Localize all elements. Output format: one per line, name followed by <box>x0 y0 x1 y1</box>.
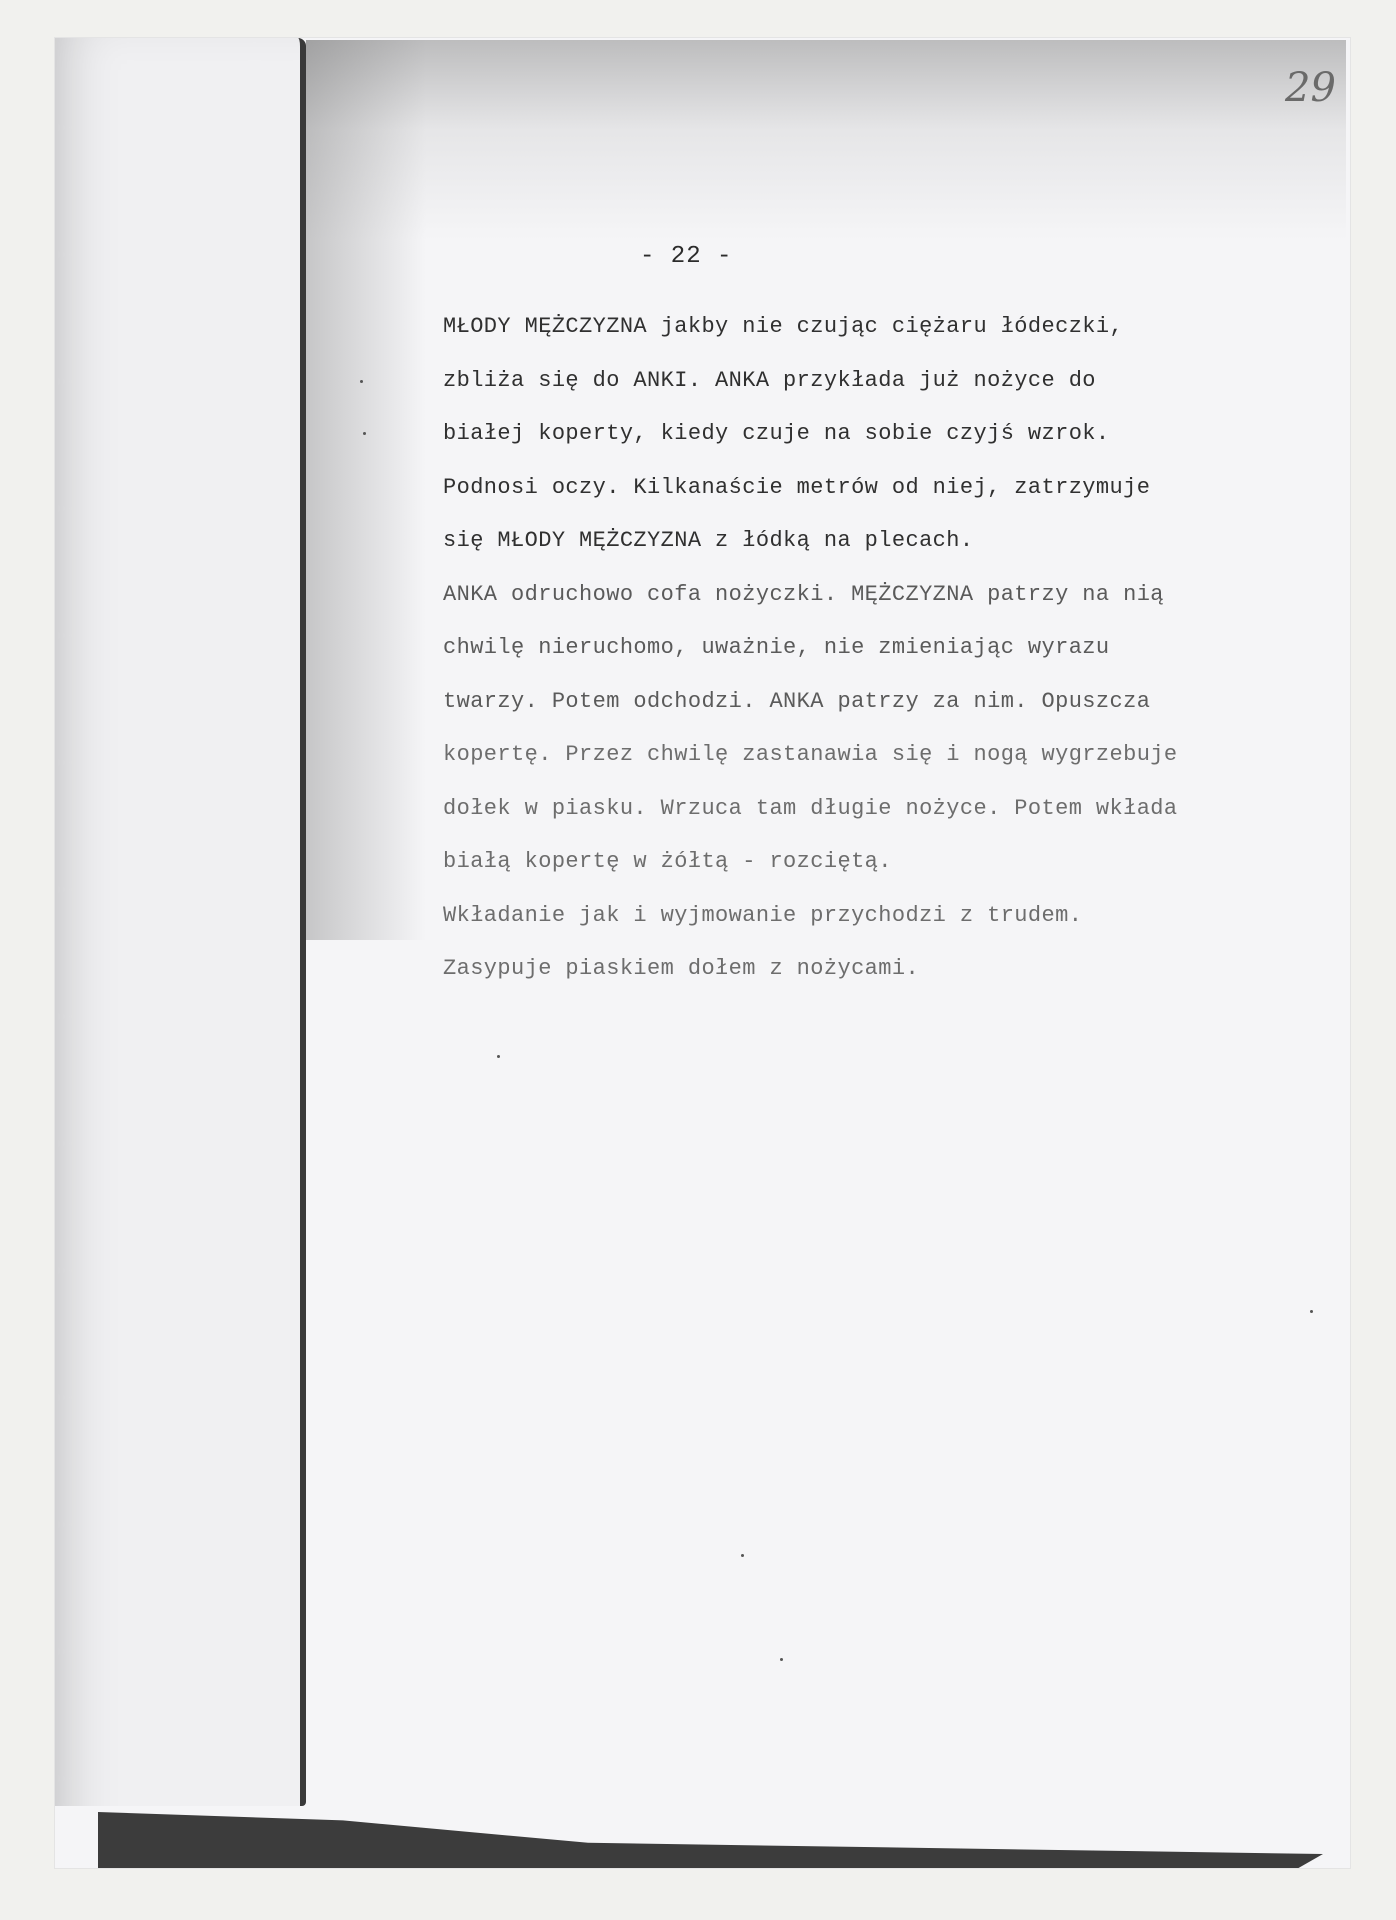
text-line: MŁODY MĘŻCZYZNA jakby nie czując ciężaru… <box>443 300 1323 354</box>
text-line: ANKA odruchowo cofa nożyczki. MĘŻCZYZNA … <box>443 568 1323 622</box>
text-line: dołek w piasku. Wrzuca tam długie nożyce… <box>443 782 1323 836</box>
text-line: się MŁODY MĘŻCZYZNA z łódką na plecach. <box>443 514 1323 568</box>
text-line: kopertę. Przez chwilę zastanawia się i n… <box>443 728 1323 782</box>
text-line: białej koperty, kiedy czuje na sobie czy… <box>443 407 1323 461</box>
text-line: twarzy. Potem odchodzi. ANKA patrzy za n… <box>443 675 1323 729</box>
scan-speck <box>1310 1310 1313 1313</box>
scan-speck <box>780 1658 783 1661</box>
photocopy-shading-left <box>306 40 426 940</box>
scan-speck <box>363 432 366 435</box>
text-line: chwilę nieruchomo, uważnie, nie zmieniaj… <box>443 621 1323 675</box>
scan-speck <box>497 1055 500 1058</box>
text-line: zbliża się do ANKI. ANKA przykłada już n… <box>443 354 1323 408</box>
typewritten-body: MŁODY MĘŻCZYZNA jakby nie czując ciężaru… <box>443 300 1323 996</box>
scan-speck <box>360 380 363 383</box>
scan-speck <box>741 1554 744 1557</box>
photocopy-shading <box>306 40 1346 240</box>
page-number: - 22 - <box>640 243 732 270</box>
text-line: Wkładanie jak i wyjmowanie przychodzi z … <box>443 889 1323 943</box>
text-line: Podnosi oczy. Kilkanaście metrów od niej… <box>443 461 1323 515</box>
text-line: białą kopertę w żółtą - rozciętą. <box>443 835 1323 889</box>
handwritten-folio-number: 29 <box>1285 65 1336 111</box>
text-line: Zasypuje piaskiem dołem z nożycami. <box>443 942 1323 996</box>
underlying-page-flap <box>55 38 306 1806</box>
